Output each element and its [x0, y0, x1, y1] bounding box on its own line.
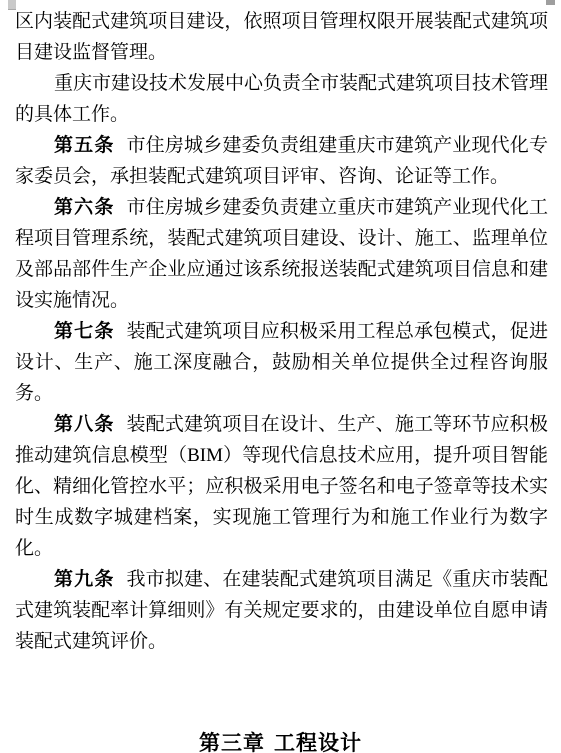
- paragraph: 第七条装配式建筑项目应积极采用工程总承包模式，促进设计、生产、施工深度融合，鼓励…: [15, 316, 548, 409]
- article-number: 第九条: [54, 569, 115, 590]
- article-number: 第八条: [54, 414, 115, 435]
- chapter-title: 工程设计: [274, 732, 362, 753]
- article-number: 第六条: [54, 197, 115, 218]
- document-page: 区内装配式建筑项目建设，依照项目管理权限开展装配式建筑项目建设监督管理。重庆市建…: [0, 0, 561, 753]
- chapter-number: 第三章: [199, 732, 265, 753]
- screen-edge-artifact-left: [8, 0, 16, 10]
- article-number: 第七条: [54, 321, 115, 342]
- paragraph: 区内装配式建筑项目建设，依照项目管理权限开展装配式建筑项目建设监督管理。: [15, 6, 548, 68]
- paragraph: 重庆市建设技术发展中心负责全市装配式建筑项目技术管理的具体工作。: [15, 68, 548, 130]
- paragraph: 第五条市住房城乡建委负责组建重庆市建筑产业现代化专家委员会，承担装配式建筑项目评…: [15, 130, 548, 192]
- paragraph: 第八条装配式建筑项目在设计、生产、施工等环节应积极推动建筑信息模型（BIM）等现…: [15, 409, 548, 564]
- paragraph: 第九条我市拟建、在建装配式建筑项目满足《重庆市装配式建筑装配率计算细则》有关规定…: [15, 564, 548, 657]
- paragraph: 第六条市住房城乡建委负责建立重庆市建筑产业现代化工程项目管理系统，装配式建筑项目…: [15, 192, 548, 316]
- screen-edge-artifact-right: [546, 0, 555, 5]
- document-body: 区内装配式建筑项目建设，依照项目管理权限开展装配式建筑项目建设监督管理。重庆市建…: [0, 0, 561, 657]
- article-number: 第五条: [54, 135, 115, 156]
- chapter-heading: 第三章工程设计: [0, 657, 561, 753]
